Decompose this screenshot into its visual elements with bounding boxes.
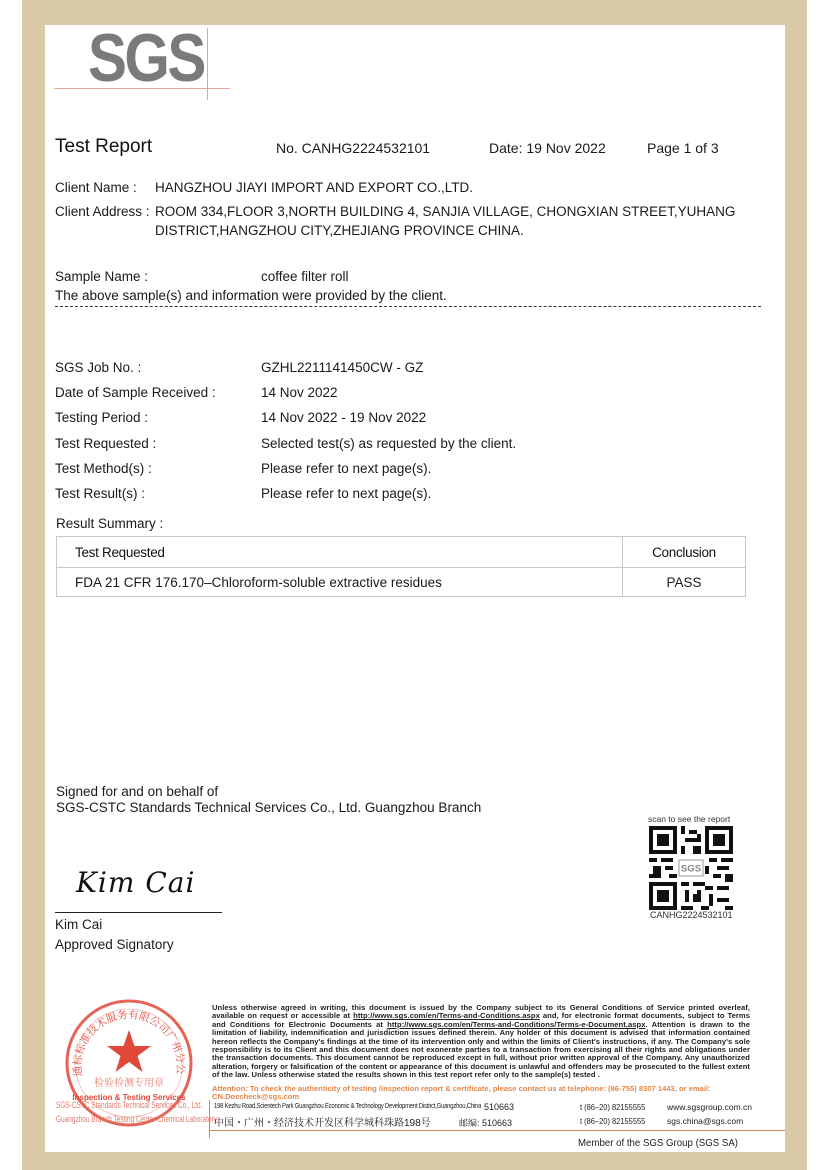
signoff-line1: Signed for and on behalf of — [56, 784, 218, 799]
table-row: FDA 21 CFR 176.170–Chloroform-soluble ex… — [57, 568, 746, 597]
handwritten-signature: Kim Cai — [76, 866, 195, 899]
svg-text:检验检测专用章: 检验检测专用章 — [94, 1076, 164, 1089]
sample-note: The above sample(s) and information were… — [55, 288, 447, 303]
table-header-row: Test Requested Conclusion — [57, 537, 746, 568]
phone-2: t (86–20) 82155555 — [580, 1116, 645, 1126]
detail-label: Test Method(s) : — [55, 461, 152, 476]
qr-code-icon[interactable]: SGS — [649, 826, 733, 910]
authenticity-notice: Attention: To check the authenticity of … — [212, 1085, 752, 1102]
detail-value: 14 Nov 2022 — [261, 385, 338, 400]
footer-divider — [209, 1130, 785, 1131]
sgs-logo: SGS — [88, 26, 204, 90]
signoff-company: SGS-CSTC Standards Technical Services Co… — [56, 800, 481, 815]
detail-value: Selected test(s) as requested by the cli… — [261, 436, 516, 451]
postal-code-en: 510663 — [484, 1102, 514, 1112]
report-date: Date: 19 Nov 2022 — [489, 140, 606, 156]
member-statement: Member of the SGS Group (SGS SA) — [578, 1137, 738, 1149]
qr-caption: scan to see the report — [648, 814, 730, 824]
detail-value: Please refer to next page(s). — [261, 461, 431, 476]
address-english: 198 Kezhu Road,Scientech Park Guangzhou … — [214, 1101, 481, 1110]
report-title: Test Report — [55, 136, 152, 158]
email-link[interactable]: sgs.china@sgs.com — [667, 1116, 743, 1126]
report-number: No. CANHG2224532101 — [276, 140, 430, 156]
result-summary-label: Result Summary : — [56, 516, 163, 531]
client-name-value: HANGZHOU JIAYI IMPORT AND EXPORT CO.,LTD… — [155, 180, 473, 195]
sample-name-label: Sample Name : — [55, 269, 148, 284]
legal-disclaimer: Unless otherwise agreed in writing, this… — [212, 1004, 750, 1080]
client-address-line1: ROOM 334,FLOOR 3,NORTH BUILDING 4, SANJI… — [155, 204, 735, 219]
conclusion-cell: PASS — [623, 568, 746, 597]
footer-divider — [209, 1100, 210, 1138]
client-name-label: Client Name : — [55, 180, 137, 195]
logo-guide-line — [207, 28, 208, 100]
signatory-name: Kim Cai — [55, 917, 102, 932]
logo-guide-line — [54, 88, 230, 89]
column-header-conclusion: Conclusion — [623, 537, 746, 568]
test-requested-cell: FDA 21 CFR 176.170–Chloroform-soluble ex… — [57, 568, 623, 597]
client-address-label: Client Address : — [55, 204, 150, 219]
signature-line — [55, 912, 222, 913]
column-header-test: Test Requested — [57, 537, 623, 568]
svg-text:SGS: SGS — [681, 864, 702, 875]
qr-report-number: CANHG2224532101 — [650, 910, 733, 920]
detail-label: Testing Period : — [55, 410, 148, 425]
address-chinese: 中国・广州・经济技术开发区科学城科珠路198号 — [214, 1114, 431, 1129]
postal-code-cn: 邮编: 510663 — [459, 1116, 512, 1129]
detail-value: Please refer to next page(s). — [261, 486, 431, 501]
detail-value: 14 Nov 2022 - 19 Nov 2022 — [261, 410, 426, 425]
website-link[interactable]: www.sgsgroup.com.cn — [667, 1102, 752, 1112]
stamp-lab-line: Guangzhou Branch Testing Center Chemical… — [56, 1114, 218, 1124]
detail-label: Test Result(s) : — [55, 486, 145, 501]
result-summary-table: Test Requested Conclusion FDA 21 CFR 176… — [56, 536, 746, 597]
page-indicator: Page 1 of 3 — [647, 140, 719, 156]
signatory-role: Approved Signatory — [55, 937, 174, 952]
detail-label: Date of Sample Received : — [55, 385, 216, 400]
stamp-company-line: SGS-CSTC Standards Technical Services Co… — [56, 1100, 202, 1110]
client-address-line2: DISTRICT,HANGZHOU CITY,ZHEJIANG PROVINCE… — [155, 223, 524, 238]
detail-value: GZHL2211141450CW - GZ — [261, 360, 423, 375]
phone-1: t (86–20) 82155555 — [580, 1102, 645, 1112]
detail-label: Test Requested : — [55, 436, 156, 451]
detail-label: SGS Job No. : — [55, 360, 141, 375]
sample-name-value: coffee filter roll — [261, 269, 349, 284]
dashed-divider — [55, 306, 761, 307]
